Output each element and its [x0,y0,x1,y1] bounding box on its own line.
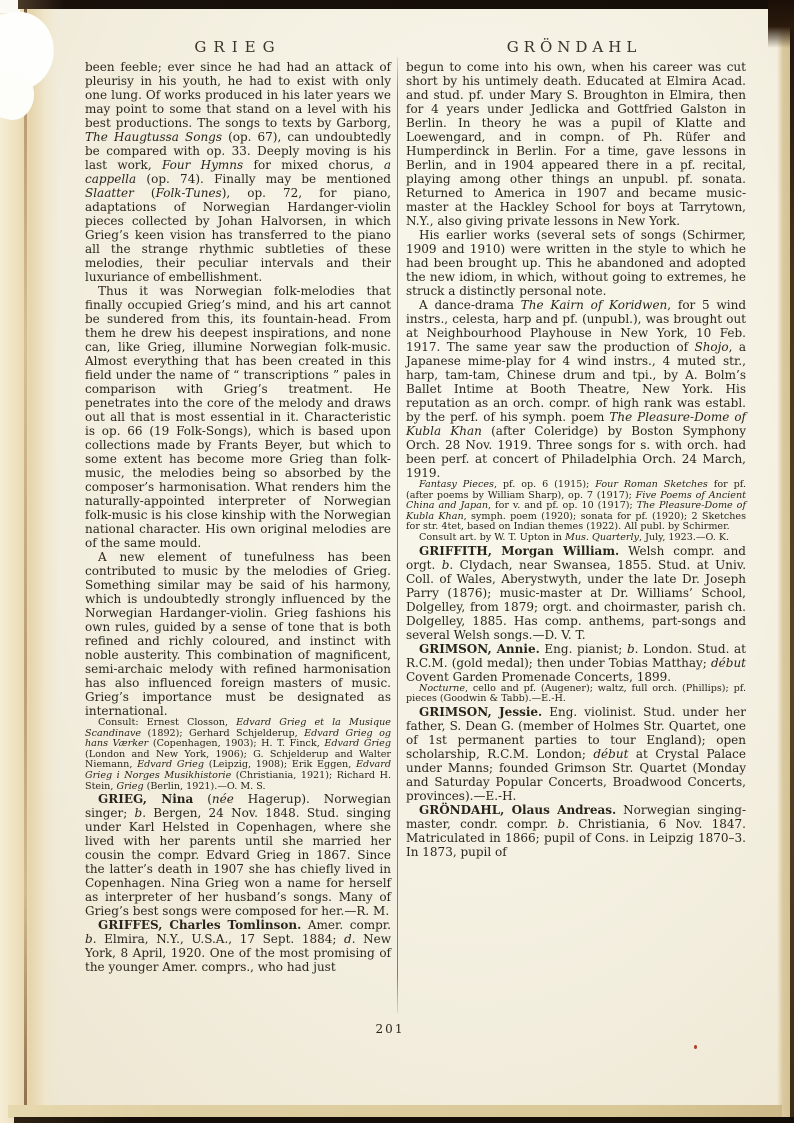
text-run: Consult art. by W. T. Upton in [419,532,565,543]
text-run: . Clydach, near Swansea, 1855. Stud. at … [406,558,746,642]
paragraph: His earlier works (several sets of songs… [406,228,746,298]
entry-paragraph: GRIFFES, Charles Tomlinson. Amer. compr.… [85,918,391,974]
text-run: A new element of tunefulness has been co… [85,550,391,718]
paragraph: begun to come into his own, when his car… [406,60,746,228]
italic-run: Edvard Grieg [324,738,391,749]
page-curl-crease [24,8,27,1113]
paragraph: Fantasy Pieces, pf. op. 6 (1915); Four R… [406,480,746,533]
text-run: His earlier works (several sets of songs… [406,228,746,298]
entry-name: GRIMSON, Annie. [419,642,540,656]
text-run: (1892); Gerhard Schjelderup, [141,728,304,739]
text-run: , July, 1923.—O. K. [639,532,729,543]
text-run: (Berlin, 1921).—O. M. S. [144,781,266,792]
entry-name: GRIEG, Nina [98,792,193,806]
entry-paragraph: GRIMSON, Jessie. Eng. violinist. Stud. u… [406,705,746,803]
running-header-right: GRÖNDAHL [405,38,743,56]
text-run: A dance-drama [419,298,521,312]
italic-run: Shojo [694,340,728,354]
text-run: . Elmira, N.Y., U.S.A., 17 Sept. 1884; [93,932,344,946]
page-number: 201 [85,1022,695,1036]
italic-run: Grieg [116,781,143,792]
scanned-page: GRIEG GRÖNDAHL been feeble; ever since h… [0,0,794,1123]
paragraph: A dance-drama The Kairn of Koridwen, for… [406,298,746,480]
italic-run: Slaatter [85,186,134,200]
entry-paragraph: GRIMSON, Annie. Eng. pianist; b. London.… [406,642,746,684]
italic-run: Nocturne [419,683,465,694]
italic-run: début [711,656,746,670]
italic-run: Mus. Quarterly [565,532,639,543]
text-run: Thus it was Norwegian folk-melodies that… [85,284,391,550]
italic-run: Four Hymns [162,158,243,172]
entry-paragraph: GRIFFITH, Morgan William. Welsh compr. a… [406,544,746,642]
column-divider-rule [397,57,398,1013]
entry-paragraph: GRÖNDAHL, Olaus Andreas. Norwegian singi… [406,803,746,859]
text-run: Consult: Ernest Closson, [98,717,236,728]
entry-paragraph: GRIEG, Nina (née Hagerup). Norwegian sin… [85,792,391,918]
italic-run: Four Roman Sketches [595,479,708,490]
entry-name: GRIFFITH, Morgan William. [419,544,619,558]
text-run: (Leipzig, 1908); Erik Eggen, [204,759,356,770]
paragraph: Consult art. by W. T. Upton in Mus. Quar… [406,533,746,544]
entry-name: GRIMSON, Jessie. [419,705,542,719]
italic-run: The Haugtussa Songs [85,130,222,144]
running-header-left: GRIEG [85,38,391,56]
text-run: , pf. op. 6 (1915); [494,479,595,490]
paragraph: Nocturne, cello and pf. (Augener); waltz… [406,684,746,705]
text-run: Covent Garden Promenade Concerts, 1899. [406,670,671,684]
paragraph: Thus it was Norwegian folk-melodies that… [85,284,391,550]
left-column: been feeble; ever since he had had an at… [85,60,391,974]
text-run: ( [193,792,212,806]
text-run: ), op. 72, for piano, adaptations of Nor… [85,186,391,284]
text-run: ( [134,186,156,200]
text-run: been feeble; ever since he had had an at… [85,60,391,130]
italic-run: d [344,932,352,946]
text-run: begun to come into his own, when his car… [406,60,746,228]
text-run: , for v. and pf. op. 10 (1917); [488,500,637,511]
text-run: (op. 74). Finally may be mentioned [136,172,391,186]
right-column: begun to come into his own, when his car… [406,60,746,859]
italic-run: b [627,642,635,656]
italic-run: née [212,792,234,806]
book-edge-left [0,0,58,1123]
book-edge-top [18,0,794,9]
italic-run: début [593,747,628,761]
entry-name: GRIFFES, Charles Tomlinson. [98,918,301,932]
italic-run: b [85,932,93,946]
book-edge-right-dark [790,0,794,1123]
text-run: Eng. pianist; [540,642,627,656]
paragraph: been feeble; ever since he had had an at… [85,60,391,284]
red-ink-speck [694,1045,697,1049]
italic-run: Edvard Grieg [137,759,204,770]
text-run: for mixed chorus, [243,158,384,172]
text-run: Amer. compr. [301,918,391,932]
book-edge-bottom-dark [14,1117,794,1123]
italic-run: Fantasy Pieces [419,479,494,490]
paragraph: Consult: Ernest Closson, Edvard Grieg et… [85,718,391,792]
text-run: . Bergen, 24 Nov. 1848. Stud. singing un… [85,806,391,918]
book-corner-top-right [768,0,794,48]
italic-run: The Kairn of Koridwen [521,298,668,312]
entry-name: GRÖNDAHL, Olaus Andreas. [419,803,616,817]
paragraph: A new element of tunefulness has been co… [85,550,391,718]
text-run: (Copenhagen, 1903); H. T. Finck, [148,738,324,749]
italic-run: Folk-Tunes [156,186,222,200]
